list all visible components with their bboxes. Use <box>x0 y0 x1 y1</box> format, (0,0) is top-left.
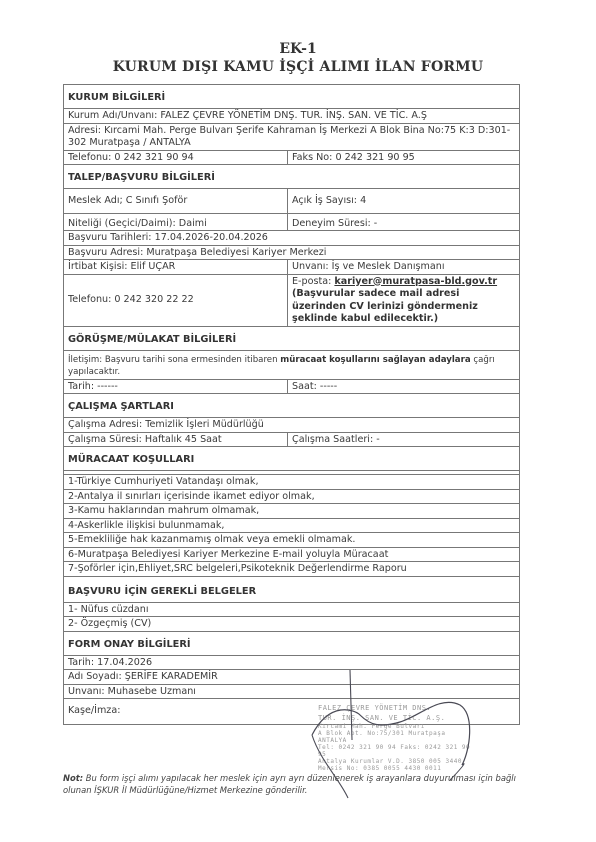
section-conditions-title: MÜRACAAT KOŞULLARI <box>64 447 519 470</box>
stamp-line: Tel: 0242 321 90 94 Faks: 0242 321 90 95 <box>318 744 478 758</box>
contact-person: İrtibat Kişisi: Elif UÇAR <box>64 260 288 274</box>
approval-date: Tarih: 17.04.2026 <box>64 656 519 670</box>
footnote-prefix: Not: <box>63 773 83 783</box>
contact-phone: Telefonu: 0 242 320 22 22 <box>64 275 288 326</box>
institution-fax: Faks No: 0 242 321 90 95 <box>288 151 519 165</box>
interview-date: Tarih: ------ <box>64 380 288 394</box>
section-institution-title: KURUM BİLGİLERİ <box>64 85 519 108</box>
stamp-line: TUR. İNŞ. SAN. VE TİC. A.Ş. <box>318 713 478 723</box>
email-note: (Başvurular sadece mail adresi üzerinden… <box>292 288 515 326</box>
section-application-title: TALEP/BAŞVURU BİLGİLERİ <box>64 165 519 188</box>
contact-phone-text: Telefonu: 0 242 320 22 22 <box>68 294 194 307</box>
contact-title: Unvanı: İş ve Meslek Danışmanı <box>288 260 519 274</box>
section-interview-title: GÖRÜŞME/MÜLAKAT BİLGİLERİ <box>64 327 519 350</box>
stamp-line: A Blok Apt. No:75/301 Muratpaşa ANTALYA <box>318 730 478 744</box>
job-posting-form: KURUM BİLGİLERİ Kurum Adı/Unvanı: FALEZ … <box>63 84 520 725</box>
condition-item: 1-Türkiye Cumhuriyeti Vatandaşı olmak, <box>64 475 519 489</box>
condition-item: 6-Muratpaşa Belediyesi Kariyer Merkezine… <box>64 548 519 562</box>
form-header: EK-1 KURUM DIŞI KAMU İŞÇİ ALIMI İLAN FOR… <box>0 40 596 77</box>
working-duration: Çalışma Süresi: Haftalık 45 Saat <box>64 433 288 447</box>
experience-duration: Deneyim Süresi: - <box>288 214 519 231</box>
condition-item: 2-Antalya il sınırları içerisinde ikamet… <box>64 490 519 504</box>
interview-contact: İletişim: Başvuru tarihi sona ermesinden… <box>64 351 519 379</box>
stamp-line: FALEZ ÇEVRE YÖNETİM DNŞ. <box>318 703 478 713</box>
footnote-text: Bu form işçi alımı yapılacak her meslek … <box>63 773 516 795</box>
application-address: Başvuru Adresi: Muratpaşa Belediyesi Kar… <box>64 246 519 260</box>
email-link[interactable]: kariyer@muratpasa-bld.gov.tr <box>334 276 497 287</box>
form-title: KURUM DIŞI KAMU İŞÇİ ALIMI İLAN FORMU <box>0 58 596 77</box>
working-address: Çalışma Adresi: Temizlik İşleri Müdürlüğ… <box>64 418 519 432</box>
condition-item: 7-Şoförler için,Ehliyet,SRC belgeleri,Ps… <box>64 562 519 576</box>
condition-item: 4-Askerlikle ilişkisi bulunmamak, <box>64 519 519 533</box>
occupation: Meslek Adı; C Sınıfı Şoför <box>64 189 288 213</box>
stamp-line: Kırcami Mah. Perge Bulvarı <box>318 723 478 730</box>
institution-phone: Telefonu: 0 242 321 90 94 <box>64 151 288 165</box>
interview-contact-prefix: İletişim: Başvuru tarihi sona ermesinden… <box>68 355 280 365</box>
stamp-line: Antalya Kurumlar V.D. 3850 005 3440 <box>318 758 478 765</box>
annex-label: EK-1 <box>0 40 596 58</box>
section-approval-title: FORM ONAY BİLGİLERİ <box>64 632 519 655</box>
application-dates: Başvuru Tarihleri: 17.04.2026-20.04.2026 <box>64 231 519 245</box>
interview-time: Saat: ----- <box>288 380 519 394</box>
approver-title: Unvanı: Muhasebe Uzmanı <box>64 685 519 699</box>
condition-item: 3-Kamu haklarından mahrum olmamak, <box>64 504 519 518</box>
document-item: 1- Nüfus cüzdanı <box>64 603 519 617</box>
document-item: 2- Özgeçmiş (CV) <box>64 617 519 631</box>
stamp-line: Mersis No: 0385 0055 4430 0011 <box>318 765 478 772</box>
institution-name: Kurum Adı/Unvanı: FALEZ ÇEVRE YÖNETİM DN… <box>64 109 519 123</box>
open-positions: Açık İş Sayısı: 4 <box>288 189 519 213</box>
section-working-title: ÇALIŞMA ŞARTLARI <box>64 394 519 417</box>
institution-address: Adresi: Kırcami Mah. Perge Bulvarı Şerif… <box>64 124 519 150</box>
footnote: Not: Bu form işçi alımı yapılacak her me… <box>63 772 533 796</box>
interview-contact-bold: müracaat koşullarını sağlayan adaylara <box>280 355 470 365</box>
email-label: E-posta: <box>292 276 334 287</box>
position-nature: Niteliği (Geçici/Daimi): Daimi <box>64 214 288 231</box>
company-stamp: FALEZ ÇEVRE YÖNETİM DNŞ. TUR. İNŞ. SAN. … <box>318 703 478 767</box>
contact-email-cell: E-posta: kariyer@muratpasa-bld.gov.tr (B… <box>288 275 519 326</box>
section-documents-title: BAŞVURU İÇİN GEREKLİ BELGELER <box>64 577 519 602</box>
working-hours: Çalışma Saatleri: - <box>288 433 519 447</box>
approver-name: Adı Soyadı: ŞERİFE KARADEMİR <box>64 670 519 684</box>
condition-item: 5-Emekliliğe hak kazanmamış olmak veya e… <box>64 533 519 547</box>
